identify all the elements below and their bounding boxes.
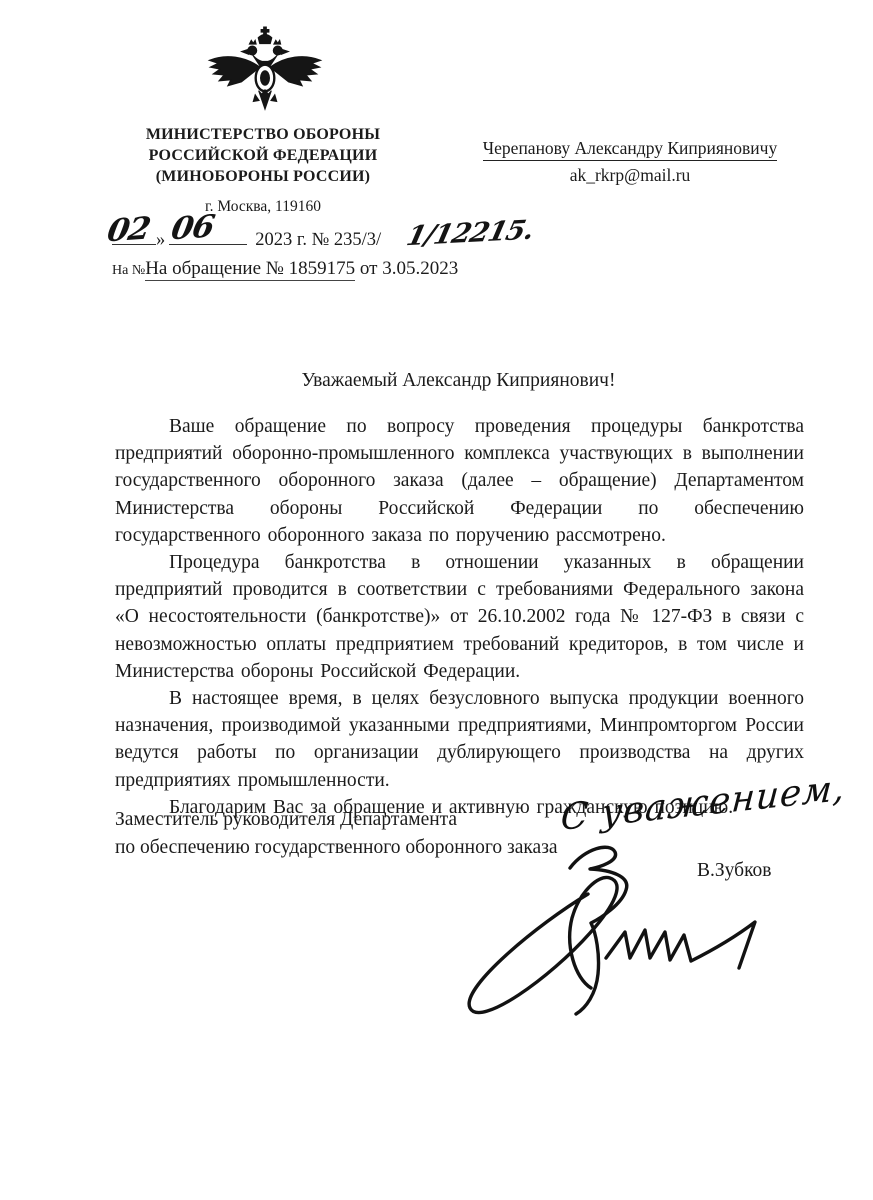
letter-body: Ваше обращение по вопросу проведения про…: [115, 413, 804, 821]
city-line: г. Москва, 119160: [128, 198, 398, 216]
ministry-line: МИНИСТЕРСТВО ОБОРОНЫ: [128, 124, 398, 145]
recipient-name: Черепанову Александру Киприяновичу: [483, 138, 777, 161]
body-paragraph: В настоящее время, в целях безусловного …: [115, 685, 804, 794]
outgoing-number-printed: 2023 г. № 235/3/: [255, 230, 381, 250]
reply-reference-line: На №На обращение № 1859175 от 3.05.2023: [112, 258, 458, 280]
quote-mark: »: [156, 230, 165, 250]
recipient-email: ak_rkrp@mail.ru: [445, 165, 815, 186]
reply-reference-rest: от 3.05.2023: [355, 258, 458, 279]
handwritten-outgoing-number: 1/12215.: [404, 215, 537, 252]
reply-reference-underlined: На обращение № 1859175: [145, 258, 355, 281]
signature-scrawl-icon: [438, 836, 778, 1031]
recipient-block: Черепанову Александру Киприяновичу ak_rk…: [445, 138, 815, 186]
handwritten-month: 06: [168, 209, 216, 248]
mod-eagle-emblem-icon: [202, 26, 328, 128]
body-paragraph: Ваше обращение по вопросу проведения про…: [115, 413, 804, 549]
reply-reference-label: На №: [112, 263, 145, 278]
signer-position-line: Заместитель руководителя Департамента: [115, 806, 615, 834]
body-paragraph: Процедура банкротства в отношении указан…: [115, 549, 804, 685]
date-line: »2023 г. № 235/3/ 02 06 1/12215.: [112, 228, 381, 251]
ministry-name-block: МИНИСТЕРСТВО ОБОРОНЫ РОССИЙСКОЙ ФЕДЕРАЦИ…: [128, 124, 398, 187]
handwritten-day: 02: [104, 211, 152, 250]
salutation: Уважаемый Александр Киприянович!: [115, 370, 802, 392]
ministry-line: (МИНОБОРОНЫ РОССИИ): [128, 166, 398, 187]
ministry-line: РОССИЙСКОЙ ФЕДЕРАЦИИ: [128, 145, 398, 166]
scanned-letter-page: МИНИСТЕРСТВО ОБОРОНЫ РОССИЙСКОЙ ФЕДЕРАЦИ…: [0, 0, 873, 1200]
